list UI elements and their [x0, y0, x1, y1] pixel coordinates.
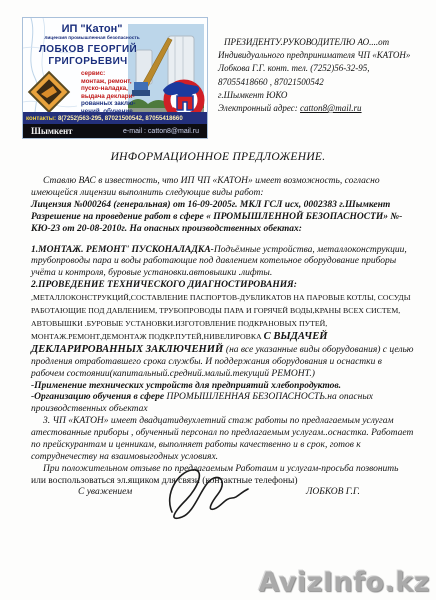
paragraph-montage: 1.МОНТАЖ. РЕМОНТ' ПУСКОНАЛАДКА-Подъёмные…: [31, 245, 414, 281]
card-contacts-numbers: 8(7252)563-295, 87021500542, 87055418660: [58, 115, 183, 122]
paragraph-training: -Организацию обучения в сфере ПРОМЫШЛЕНН…: [31, 392, 414, 416]
recipient-lines: ПРЕЗИДЕНТУ.РУКОВОДИТЕЛЮ АО....отИндивиду…: [218, 36, 432, 102]
recipient-email: catton8@mail.ru: [300, 103, 362, 113]
paragraph-devices: -Применение технических устройств для пр…: [31, 381, 414, 393]
business-card: ИП "Катон" лицензия промышленная безопас…: [22, 17, 208, 139]
card-email: e-mail : catton8@mail.ru: [123, 128, 199, 135]
signature: [158, 464, 268, 529]
recipient-email-label: Электронный адрес:: [218, 103, 300, 113]
card-tagline: лицензия промышленная безопасность: [31, 36, 153, 41]
card-city-bar: Шымкент e-mail : catton8@mail.ru: [23, 124, 207, 138]
paragraph-experience: 3. ЧП «КАТОН» имеет двадцатидвухлетний с…: [31, 416, 414, 464]
letter-body: Ставлю ВАС в известность, что ИП ЧП «КАТ…: [31, 176, 414, 488]
watermark-text: AvizInfo.kz: [259, 567, 431, 598]
card-owner-name-line1: ЛОБКОВ ГЕОРГИЙ: [23, 44, 153, 55]
card-contacts-bar: контакты: 8(7252)563-295, 87021500542, 8…: [23, 112, 207, 124]
card-company-name: ИП "Катон": [37, 23, 147, 35]
paragraph-diagnostics-heading: 2.ПРОВЕДЕНИЕ ТЕХНИЧЕСКОГО ДИАГНОСТИРОВАН…: [31, 280, 414, 292]
recipient-email-line: Электронный адрес: catton8@mail.ru: [218, 102, 432, 115]
letter-page: ИП "Катон" лицензия промышленная безопас…: [0, 0, 436, 600]
paragraph-diagnostics: ,МЕТАЛЛОКОНСТРУКЦИЙ,СОСТАВЛЕНИЕ ПАСПОРТО…: [31, 292, 414, 380]
hazard-diamond-icon: [27, 70, 71, 114]
closing-signatory-name: ЛОБКОВ Г.Г.: [306, 487, 360, 497]
letter-title: ИНФОРМАЦИОННОЕ ПРЕДЛОЖЕНИЕ.: [0, 151, 436, 163]
paragraph-intro: Ставлю ВАС в известность, что ИП ЧП «КАТ…: [31, 176, 414, 200]
closing-regards: С уважением: [78, 487, 132, 497]
card-contacts-label: контакты:: [26, 115, 56, 122]
card-owner-name-line2: ГРИГОРЬЕВИЧ: [23, 56, 153, 67]
card-city: Шымкент: [31, 126, 73, 136]
paragraph-license: Лицензия №000264 (генеральная) от 16-09-…: [31, 200, 414, 236]
recipient-block: ПРЕЗИДЕНТУ.РУКОВОДИТЕЛЮ АО....отИндивиду…: [218, 36, 432, 115]
